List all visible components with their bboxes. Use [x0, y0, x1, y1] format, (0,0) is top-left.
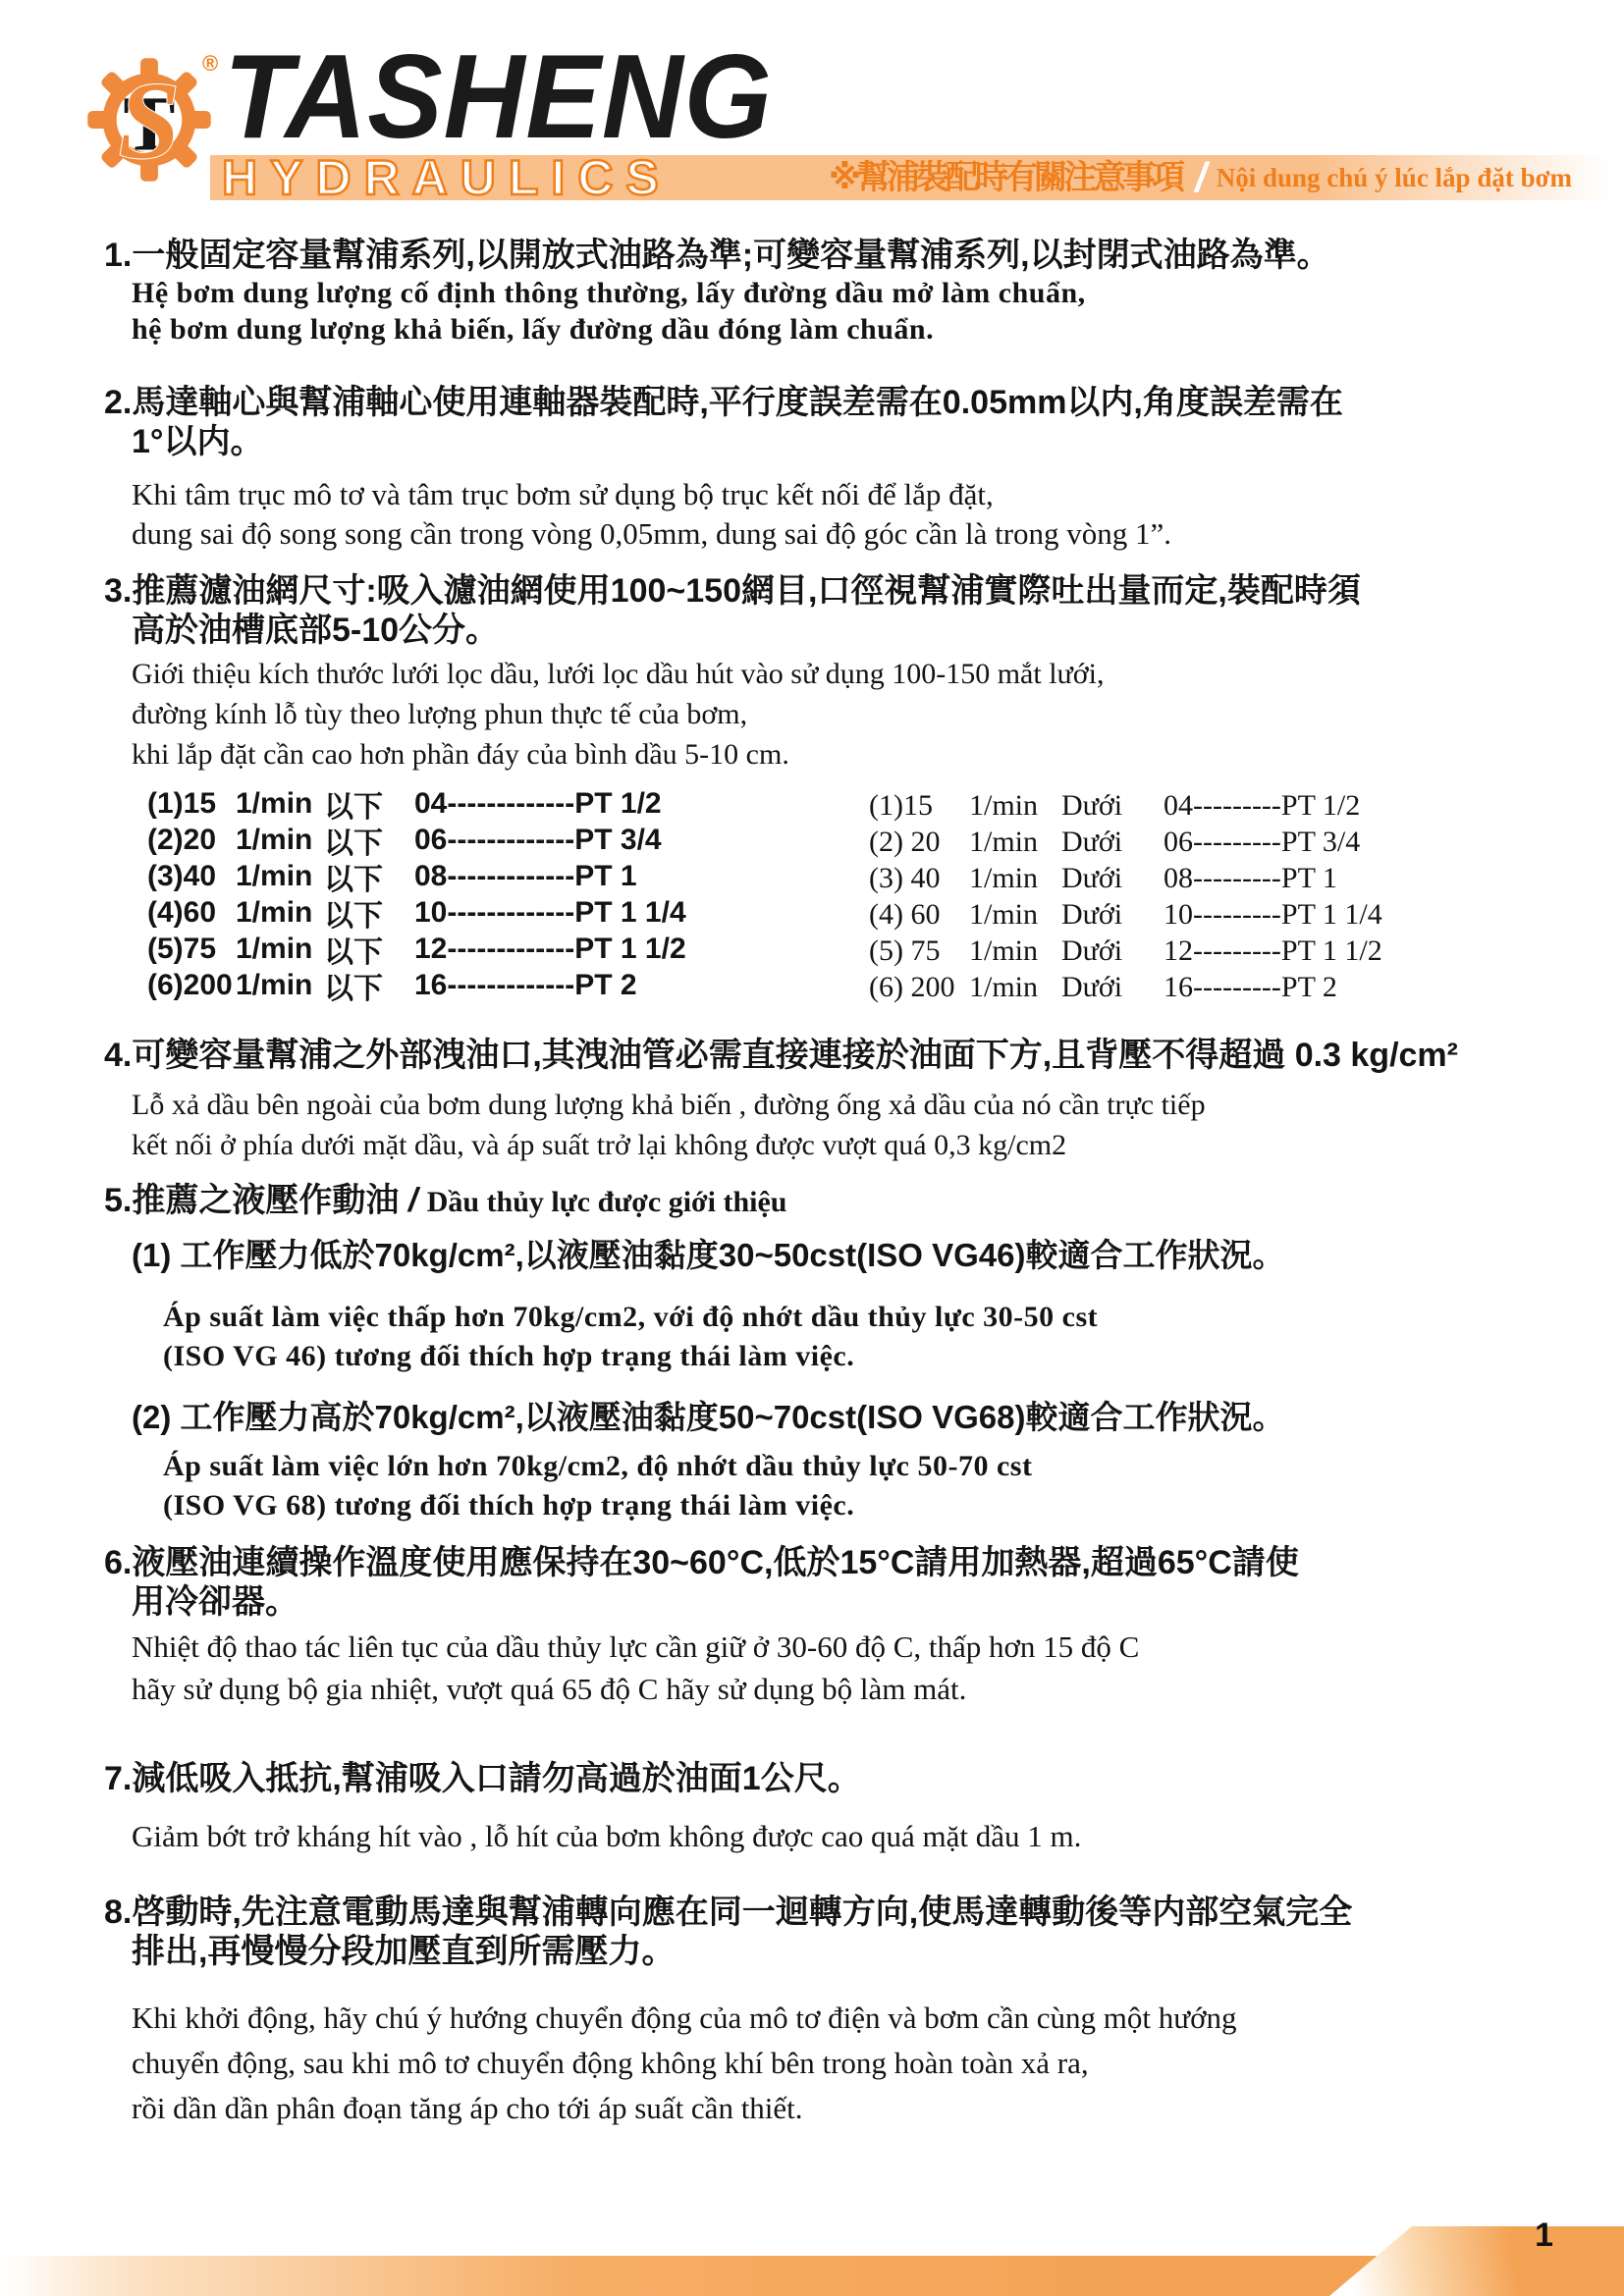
note-item-2: 2.馬達軸心與幫浦軸心使用連軸器裝配時,平行度誤差需在0.05mm以内,角度誤差…	[104, 383, 1577, 554]
note-8-vi-line: rồi dần dần phân đoạn tăng áp cho tới áp…	[132, 2086, 1577, 2131]
gear-logo-icon: T S	[86, 57, 212, 183]
note-8-zh: 8.啓動時,先注意電動馬達與幫浦轉向應在同一迴轉方向,使馬達轉動後等内部空氣完全	[104, 1893, 1577, 1932]
brand-subtitle: HYDRAULICS	[222, 155, 672, 200]
note-5-sub-1-vi-line: Áp suất làm việc thấp hơn 70kg/cm2, với …	[163, 1298, 1577, 1337]
flow-row: (4) 601/minDưới10---------PT 1 1/4	[869, 896, 1382, 933]
page-number: 1	[1535, 2216, 1553, 2255]
banner-title-vi: Nội dung chú ý lúc lắp đặt bơm	[1217, 155, 1572, 200]
flow-row: (3)401/min以下08-------------PT 1	[147, 858, 686, 894]
banner-title-zh: ※幫浦裝配時有關注意事項	[829, 155, 1181, 200]
note-item-6: 6.液壓油連續操作溫度使用應保持在30~60°C,低於15°C請用加熱器,超過6…	[104, 1543, 1577, 1710]
note-4-vi-line: Lỗ xả dầu bên ngoài của bơm dung lượng k…	[132, 1085, 1577, 1125]
note-5-sub-1-vi-line: (ISO VG 46) tương đối thích hợp trạng th…	[163, 1337, 1577, 1376]
note-2-zh: 1°以内。	[104, 422, 1577, 461]
footer-corner	[1329, 2226, 1624, 2296]
flow-row: (4)601/min以下10-------------PT 1 1/4	[147, 894, 686, 931]
note-8-zh: 排出,再慢慢分段加壓直到所需壓力。	[104, 1932, 1577, 1971]
note-6-vi-line: hãy sử dụng bộ gia nhiệt, vượt quá 65 độ…	[132, 1668, 1577, 1710]
header-banner: HYDRAULICS ※幫浦裝配時有關注意事項 / Nội dung chú ý…	[210, 155, 1624, 200]
note-5-heading: 5.推薦之液壓作動油 / Dầu thủy lực được giới thiệ…	[104, 1180, 1577, 1223]
flow-row: (5)751/min以下12-------------PT 1 1/2	[147, 931, 686, 967]
note-item-1: 1.一般固定容量幫浦系列,以開放式油路為準;可變容量幫浦系列,以封閉式油路為準。…	[104, 236, 1577, 347]
note-item-8: 8.啓動時,先注意電動馬達與幫浦轉向應在同一迴轉方向,使馬達轉動後等内部空氣完全…	[104, 1893, 1577, 2131]
note-5-heading-vi: Dầu thủy lực được giới thiệu	[427, 1186, 787, 1218]
note-5-sub-2-vi-line: Áp suất làm việc lớn hơn 70kg/cm2, độ nh…	[163, 1447, 1577, 1486]
flow-row: (6)2001/min以下16-------------PT 2	[147, 967, 686, 1003]
note-4-zh: 4.可變容量幫浦之外部洩油口,其洩油管必需直接連接於油面下方,且背壓不得超過 0…	[104, 1036, 1577, 1075]
note-3-vi: Giới thiệu kích thước lưới lọc dầu, lưới…	[104, 654, 1577, 774]
note-5-heading-zh: 5.推薦之液壓作動油	[104, 1182, 399, 1219]
note-8-vi-line: chuyển động, sau khi mô tơ chuyển động k…	[132, 2041, 1577, 2086]
note-7-vi: Giảm bớt trở kháng hít vào , lỗ hít của …	[104, 1817, 1577, 1856]
note-5-sub-1-zh: (1) 工作壓力低於70kg/cm²,以液壓油黏度30~50cst(ISO VG…	[132, 1236, 1577, 1275]
note-item-3: 3.推薦濾油網尺寸:吸入濾油網使用100~150網目,口徑視幫浦實際吐出量而定,…	[104, 571, 1577, 774]
note-5-sub-2-vi-line: (ISO VG 68) tương đối thích hợp trạng th…	[163, 1486, 1577, 1525]
note-3-vi-line: khi lắp đặt cần cao hơn phần đáy của bìn…	[132, 734, 1577, 774]
flow-table-zh: (1)151/min以下04-------------PT 1/2 (2)201…	[147, 785, 686, 1003]
note-5-sub-1-vi: Áp suất làm việc thấp hơn 70kg/cm2, với …	[132, 1298, 1577, 1376]
note-item-5: 5.推薦之液壓作動油 / Dầu thủy lực được giới thiệ…	[104, 1180, 1577, 1525]
gear-letter-s: S	[119, 60, 181, 182]
note-4-vi-line: kết nối ở phía dưới mặt dầu, và áp suất …	[132, 1125, 1577, 1165]
note-item-7: 7.減低吸入抵抗,幫浦吸入口請勿高過於油面1公尺。 Giảm bớt trở k…	[104, 1759, 1577, 1856]
banner-title: ※幫浦裝配時有關注意事項 / Nội dung chú ý lúc lắp đặ…	[829, 155, 1572, 200]
banner-title-separator: /	[1195, 155, 1207, 200]
note-5-sub-2-zh: (2) 工作壓力高於70kg/cm²,以液壓油黏度50~70cst(ISO VG…	[132, 1398, 1577, 1437]
note-1-vi-line: hệ bơm dung lượng khả biến, lấy đường dầ…	[132, 311, 1577, 347]
flow-row: (1)151/minDưới04---------PT 1/2	[869, 787, 1382, 824]
note-1-vi: Hệ bơm dung lượng cố định thông thường, …	[104, 275, 1577, 347]
note-6-zh: 用冷卻器。	[104, 1582, 1577, 1622]
note-3-vi-line: Giới thiệu kích thước lưới lọc dầu, lưới…	[132, 654, 1577, 694]
note-3-zh: 高於油槽底部5-10公分。	[104, 611, 1577, 650]
flow-table-vi: (1)151/minDưới04---------PT 1/2 (2) 201/…	[869, 787, 1382, 1005]
note-6-vi-line: Nhiệt độ thao tác liên tục của dầu thủy …	[132, 1626, 1577, 1668]
note-2-vi-line: Khi tâm trục mô tơ và tâm trục bơm sử dụ…	[132, 475, 1577, 514]
flow-row: (2)201/min以下06-------------PT 3/4	[147, 822, 686, 858]
note-4-vi: Lỗ xả dầu bên ngoài của bơm dung lượng k…	[104, 1085, 1577, 1165]
brand-name: TASHENG	[224, 43, 773, 149]
note-1-vi-line: Hệ bơm dung lượng cố định thông thường, …	[132, 275, 1577, 311]
registered-trademark: ®	[202, 51, 218, 77]
flow-row: (3) 401/minDưới08---------PT 1	[869, 860, 1382, 896]
note-6-vi: Nhiệt độ thao tác liên tục của dầu thủy …	[104, 1626, 1577, 1710]
note-5-sub-2-vi: Áp suất làm việc lớn hơn 70kg/cm2, độ nh…	[132, 1447, 1577, 1525]
note-2-zh: 2.馬達軸心與幫浦軸心使用連軸器裝配時,平行度誤差需在0.05mm以内,角度誤差…	[104, 383, 1577, 422]
flow-row: (2) 201/minDưới06---------PT 3/4	[869, 824, 1382, 860]
document-page: T S ® TASHENG HYDRAULICS ※幫浦裝配時有關注意事項 / …	[0, 0, 1624, 2296]
flow-row: (6) 2001/minDưới16---------PT 2	[869, 969, 1382, 1005]
note-3-zh: 3.推薦濾油網尺寸:吸入濾油網使用100~150網目,口徑視幫浦實際吐出量而定,…	[104, 571, 1577, 611]
note-5-sub-1: (1) 工作壓力低於70kg/cm²,以液壓油黏度30~50cst(ISO VG…	[104, 1236, 1577, 1376]
note-5-sub-2: (2) 工作壓力高於70kg/cm²,以液壓油黏度50~70cst(ISO VG…	[104, 1398, 1577, 1525]
note-item-4: 4.可變容量幫浦之外部洩油口,其洩油管必需直接連接於油面下方,且背壓不得超過 0…	[104, 1036, 1577, 1165]
note-7-vi-line: Giảm bớt trở kháng hít vào , lỗ hít của …	[132, 1817, 1577, 1856]
note-6-zh: 6.液壓油連續操作溫度使用應保持在30~60°C,低於15°C請用加熱器,超過6…	[104, 1543, 1577, 1582]
note-7-zh: 7.減低吸入抵抗,幫浦吸入口請勿高過於油面1公尺。	[104, 1759, 1577, 1798]
note-2-vi-line: dung sai độ song song cần trong vòng 0,0…	[132, 514, 1577, 554]
flow-row: (1)151/min以下04-------------PT 1/2	[147, 785, 686, 822]
note-1-zh: 1.一般固定容量幫浦系列,以開放式油路為準;可變容量幫浦系列,以封閉式油路為準。	[104, 236, 1577, 275]
note-8-vi-line: Khi khởi động, hãy chú ý hướng chuyển độ…	[132, 1996, 1577, 2041]
note-5-heading-separator: /	[408, 1182, 417, 1219]
note-2-vi: Khi tâm trục mô tơ và tâm trục bơm sử dụ…	[104, 475, 1577, 554]
note-8-vi: Khi khởi động, hãy chú ý hướng chuyển độ…	[104, 1996, 1577, 2131]
flow-row: (5) 751/minDưới12---------PT 1 1/2	[869, 933, 1382, 969]
note-3-vi-line: đường kính lỗ tùy theo lượng phun thực t…	[132, 694, 1577, 734]
